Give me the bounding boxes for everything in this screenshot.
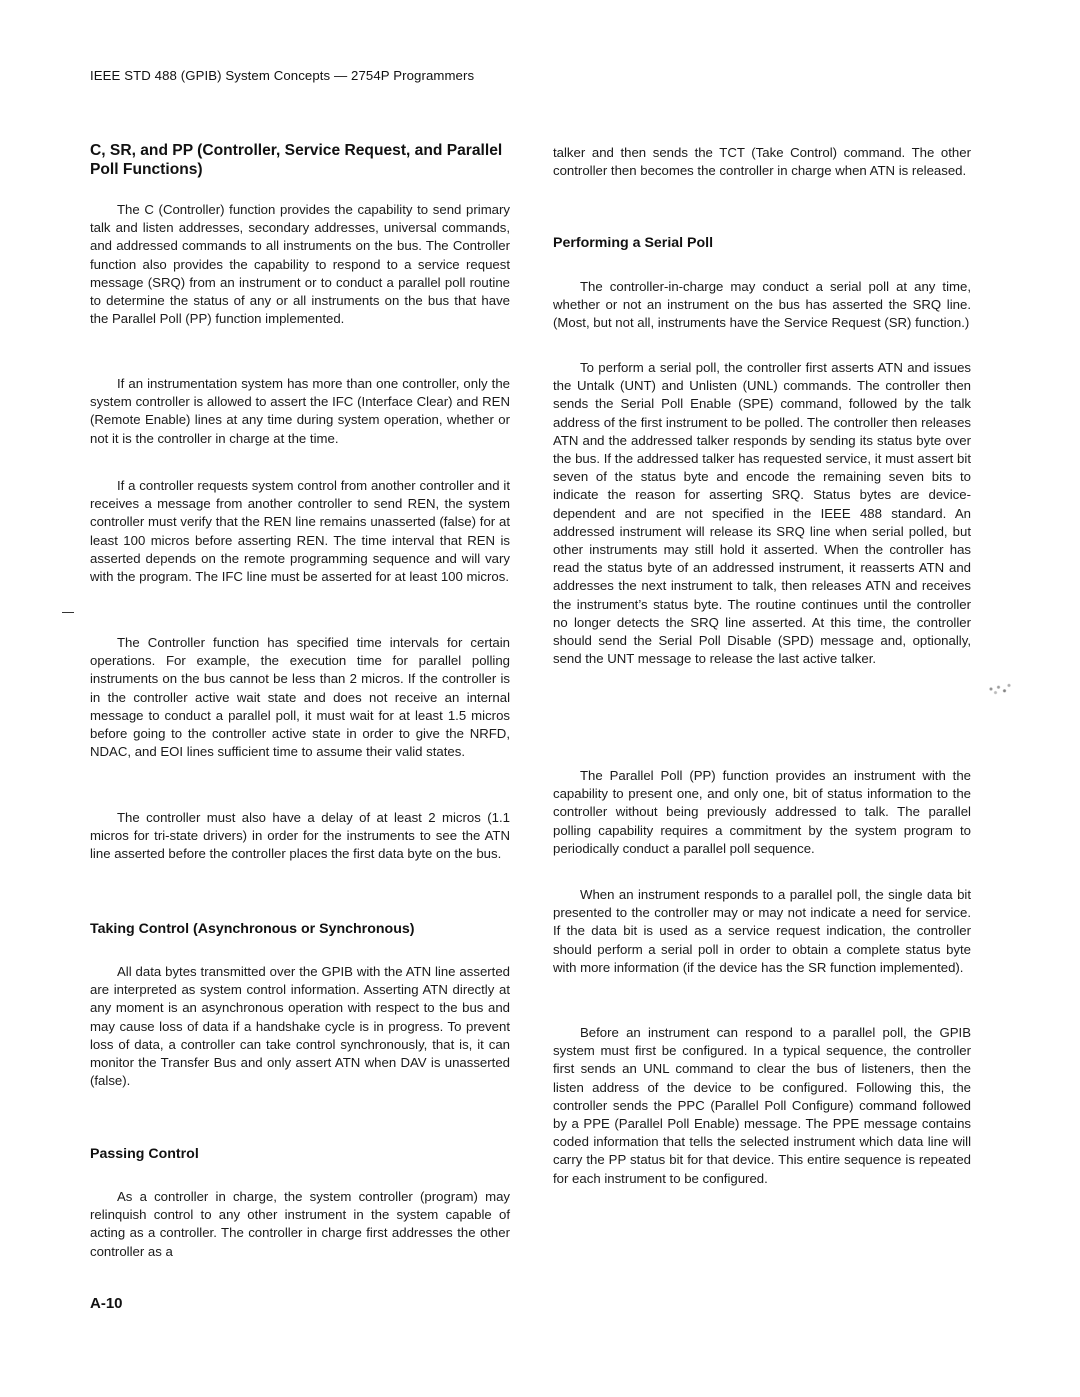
paragraph-continuation: talker and then sends the TCT (Take Cont… xyxy=(553,144,971,180)
paragraph: All data bytes transmitted over the GPIB… xyxy=(90,963,510,1090)
section-heading-passing-control: Passing Control xyxy=(90,1145,510,1163)
page-number: A-10 xyxy=(90,1295,123,1312)
paragraph: As a controller in charge, the system co… xyxy=(90,1188,510,1261)
paragraph: Before an instrument can respond to a pa… xyxy=(553,1024,971,1188)
paragraph: The Parallel Poll (PP) function provides… xyxy=(553,767,971,858)
paragraph: When an instrument responds to a paralle… xyxy=(553,886,971,977)
margin-mark xyxy=(62,612,74,613)
section-heading-taking-control: Taking Control (Asynchronous or Synchron… xyxy=(90,920,510,938)
paragraph: If an instrumentation system has more th… xyxy=(90,375,510,448)
section-heading-serial-poll: Performing a Serial Poll xyxy=(553,234,971,252)
paragraph: The C (Controller) function provides the… xyxy=(90,201,510,328)
paragraph: The controller must also have a delay of… xyxy=(90,809,510,864)
section-heading-controller-functions: C, SR, and PP (Controller, Service Reque… xyxy=(90,141,510,179)
paragraph: The controller-in-charge may conduct a s… xyxy=(553,278,971,333)
scan-artifact xyxy=(985,680,1015,698)
running-header: IEEE STD 488 (GPIB) System Concepts — 27… xyxy=(90,68,474,83)
paragraph: If a controller requests system control … xyxy=(90,477,510,586)
paragraph: The Controller function has specified ti… xyxy=(90,634,510,761)
paragraph: To perform a serial poll, the controller… xyxy=(553,359,971,668)
